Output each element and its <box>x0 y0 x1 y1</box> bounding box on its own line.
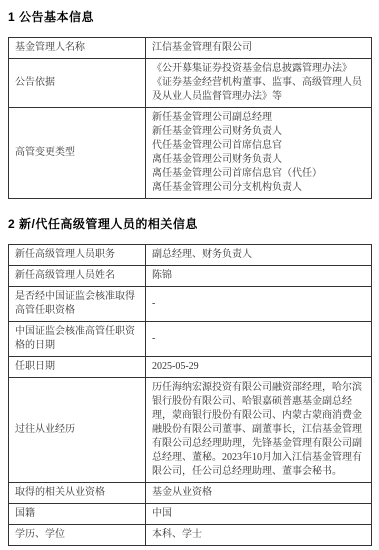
row-value: 陈锦 <box>146 266 372 287</box>
table-row: 基金管理人名称 江信基金管理有限公司 <box>9 38 372 59</box>
row-value: - <box>146 322 372 357</box>
table-row: 中国证监会核准高管任职资格的日期 - <box>9 322 372 357</box>
table-row: 高管变更类型 新任基金管理公司副总经理 新任基金管理公司财务负责人 代任基金管理… <box>9 108 372 199</box>
section2-heading: 2 新/代任高级管理人员的相关信息 <box>8 215 371 232</box>
row-value: 江信基金管理有限公司 <box>146 38 372 59</box>
row-value: 本科、学士 <box>146 525 372 546</box>
row-label: 高管变更类型 <box>9 108 146 199</box>
row-label: 取得的相关从业资格 <box>9 483 146 504</box>
table-row: 公告依据 《公开募集证券投资基金信息披露管理办法》 《证券基金经营机构董事、监事… <box>9 59 372 108</box>
row-label: 新任高级管理人员姓名 <box>9 266 146 287</box>
row-value: - <box>146 287 372 322</box>
section1-heading: 1 公告基本信息 <box>8 8 371 25</box>
announcement-basic-info-table: 基金管理人名称 江信基金管理有限公司 公告依据 《公开募集证券投资基金信息披露管… <box>8 37 372 199</box>
table-row: 新任高级管理人员姓名 陈锦 <box>9 266 372 287</box>
row-value: 副总经理、财务负责人 <box>146 245 372 266</box>
row-label: 是否经中国证监会核准取得高管任职资格 <box>9 287 146 322</box>
table-row: 国籍 中国 <box>9 504 372 525</box>
table-row: 过往从业经历 历任海纳宏源投资有限公司融资部经理，哈尔滨银行股份有限公司、哈银嘉… <box>9 378 372 483</box>
row-value: 历任海纳宏源投资有限公司融资部经理，哈尔滨银行股份有限公司、哈银嘉硕普惠基金副总… <box>146 378 372 483</box>
row-value: 《公开募集证券投资基金信息披露管理办法》 《证券基金经营机构董事、监事、高级管理… <box>146 59 372 108</box>
row-label: 学历、学位 <box>9 525 146 546</box>
new-manager-info-table: 新任高级管理人员职务 副总经理、财务负责人 新任高级管理人员姓名 陈锦 是否经中… <box>8 244 372 546</box>
row-value: 新任基金管理公司副总经理 新任基金管理公司财务负责人 代任基金管理公司首席信息官… <box>146 108 372 199</box>
row-label: 中国证监会核准高管任职资格的日期 <box>9 322 146 357</box>
row-value: 基金从业资格 <box>146 483 372 504</box>
table-row: 任职日期 2025-05-29 <box>9 357 372 378</box>
row-label: 基金管理人名称 <box>9 38 146 59</box>
row-label: 公告依据 <box>9 59 146 108</box>
row-label: 任职日期 <box>9 357 146 378</box>
row-label: 过往从业经历 <box>9 378 146 483</box>
row-label: 新任高级管理人员职务 <box>9 245 146 266</box>
table-row: 学历、学位 本科、学士 <box>9 525 372 546</box>
table-row: 取得的相关从业资格 基金从业资格 <box>9 483 372 504</box>
table-row: 是否经中国证监会核准取得高管任职资格 - <box>9 287 372 322</box>
row-value: 中国 <box>146 504 372 525</box>
row-label: 国籍 <box>9 504 146 525</box>
table-row: 新任高级管理人员职务 副总经理、财务负责人 <box>9 245 372 266</box>
announcement-document: 1 公告基本信息 基金管理人名称 江信基金管理有限公司 公告依据 《公开募集证券… <box>0 0 379 550</box>
row-value: 2025-05-29 <box>146 357 372 378</box>
